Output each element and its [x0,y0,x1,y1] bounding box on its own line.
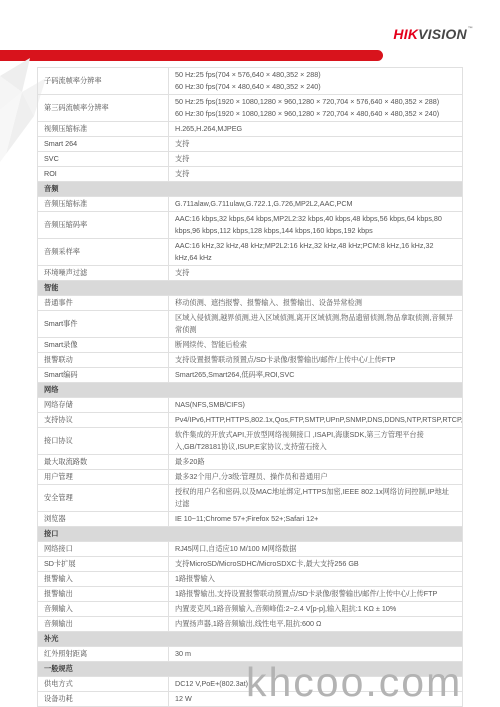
section-header-label: 接口 [38,527,463,542]
section-header-label: 智能 [38,281,463,296]
section-header-label: 音频 [38,182,463,197]
spec-value: 支持设置报警联动预置点/SD卡录像/报警输出/邮件/上传中心/上传FTP [169,353,463,368]
spec-label: SD卡扩展 [38,557,169,572]
spec-row: SVC支持 [38,152,463,167]
spec-value: 1路报警输入 [169,572,463,587]
spec-table-body: 子码流帧率分辨率50 Hz:25 fps(704 × 576,640 × 480… [38,68,463,707]
spec-label: 音频采样率 [38,239,169,266]
spec-label: 安全管理 [38,485,169,512]
spec-row: Smart 264支持 [38,137,463,152]
spec-label: ROI [38,167,169,182]
logo-hik-text: HIK [393,26,418,42]
section-header-row: 智能 [38,281,463,296]
spec-value: 授权的用户名和密码,以及MAC地址绑定,HTTPS加密,IEEE 802.1x网… [169,485,463,512]
spec-row: 音频采样率AAC:16 kHz,32 kHz,48 kHz;MP2L2:16 k… [38,239,463,266]
spec-value: 内置扬声器,1路音频输出,线性电平,阻抗:600 Ω [169,617,463,632]
spec-row: 音频压缩标准G.711alaw,G.711ulaw,G.722.1,G.726,… [38,197,463,212]
spec-value: 支持 [169,152,463,167]
hikvision-logo: HIKVISION™ [393,26,473,42]
section-header-row: 补光 [38,632,463,647]
spec-value: Pv4/IPv6,HTTP,HTTPS,802.1x,Qos,FTP,SMTP,… [169,413,463,428]
spec-value: NAS(NFS,SMB/CIFS) [169,398,463,413]
spec-value: Smart265,Smart264,低码率,ROI,SVC [169,368,463,383]
spec-row: 报警联动支持设置报警联动预置点/SD卡录像/报警输出/邮件/上传中心/上传FTP [38,353,463,368]
section-header-row: 网络 [38,383,463,398]
section-header-row: 接口 [38,527,463,542]
spec-row: Smart事件区域入侵侦测,越界侦测,进入区域侦测,离开区域侦测,物品遗留侦测,… [38,311,463,338]
spec-row: 浏览器IE 10~11;Chrome 57+;Firefox 52+;Safar… [38,512,463,527]
spec-label: 音频输入 [38,602,169,617]
spec-row: 最大取流路数最多20路 [38,455,463,470]
spec-label: 供电方式 [38,677,169,692]
spec-label: 设备功耗 [38,692,169,707]
spec-value: AAC:16 kHz,32 kHz,48 kHz;MP2L2:16 kHz,32… [169,239,463,266]
spec-label: 红外照射距离 [38,647,169,662]
spec-label: 接口协议 [38,428,169,455]
spec-label: Smart 264 [38,137,169,152]
spec-row: SD卡扩展支持MicroSD/MicroSDHC/MicroSDXC卡,最大支持… [38,557,463,572]
spec-value: 支持 [169,167,463,182]
spec-value: 支持 [169,137,463,152]
spec-value: RJ45网口,自适应10 M/100 M网络数据 [169,542,463,557]
spec-row: 接口协议软件集成的开放式API,开放型网络视频接口 ,ISAPI,海康SDK,第… [38,428,463,455]
spec-row: 子码流帧率分辨率50 Hz:25 fps(704 × 576,640 × 480… [38,68,463,95]
spec-row: Smart录像断网续传、智能后检索 [38,338,463,353]
spec-value: AAC:16 kbps,32 kbps,64 kbps,MP2L2:32 kbp… [169,212,463,239]
spec-row: 音频压缩码率AAC:16 kbps,32 kbps,64 kbps,MP2L2:… [38,212,463,239]
spec-value: 最多20路 [169,455,463,470]
spec-value: 软件集成的开放式API,开放型网络视频接口 ,ISAPI,海康SDK,第三方管理… [169,428,463,455]
spec-label: 报警联动 [38,353,169,368]
spec-row: 报警输入1路报警输入 [38,572,463,587]
red-accent-bar [0,50,383,61]
spec-label: 网络存储 [38,398,169,413]
spec-row: ROI支持 [38,167,463,182]
spec-label: 网络接口 [38,542,169,557]
section-header-label: 补光 [38,632,463,647]
spec-label: 视频压缩标准 [38,122,169,137]
section-header-row: 音频 [38,182,463,197]
spec-row: 支持协议Pv4/IPv6,HTTP,HTTPS,802.1x,Qos,FTP,S… [38,413,463,428]
spec-value: 移动侦测、遮挡报警、报警输入、报警输出、设备异常检测 [169,296,463,311]
spec-value: 50 Hz:25 fps(704 × 576,640 × 480,352 × 2… [169,68,463,95]
spec-row: 视频压缩标准H.265,H.264,MJPEG [38,122,463,137]
spec-row: 音频输出内置扬声器,1路音频输出,线性电平,阻抗:600 Ω [38,617,463,632]
spec-label: 用户管理 [38,470,169,485]
spec-label: 最大取流路数 [38,455,169,470]
spec-value: 区域入侵侦测,越界侦测,进入区域侦测,离开区域侦测,物品遗留侦测,物品拿取侦测,… [169,311,463,338]
logo-vision-text: VISION [418,26,467,42]
spec-label: 音频压缩码率 [38,212,169,239]
spec-table: 子码流帧率分辨率50 Hz:25 fps(704 × 576,640 × 480… [37,67,463,707]
spec-label: 普通事件 [38,296,169,311]
spec-row: 用户管理最多32个用户,分3级:管理员、操作员和普通用户 [38,470,463,485]
spec-label: 子码流帧率分辨率 [38,68,169,95]
spec-sheet: 子码流帧率分辨率50 Hz:25 fps(704 × 576,640 × 480… [37,67,463,707]
spec-value: G.711alaw,G.711ulaw,G.722.1,G.726,MP2L2,… [169,197,463,212]
spec-row: 网络存储NAS(NFS,SMB/CIFS) [38,398,463,413]
spec-label: Smart录像 [38,338,169,353]
spec-row: 安全管理授权的用户名和密码,以及MAC地址绑定,HTTPS加密,IEEE 802… [38,485,463,512]
spec-label: 音频输出 [38,617,169,632]
spec-value: H.265,H.264,MJPEG [169,122,463,137]
spec-row: 网络接口RJ45网口,自适应10 M/100 M网络数据 [38,542,463,557]
spec-value: 1路报警输出,支持设置报警联动预置点/SD卡录像/报警输出/邮件/上传中心/上传… [169,587,463,602]
spec-row: 音频输入内置麦克风,1路音频输入,音频峰值:2~2.4 V[p-p],输入阻抗:… [38,602,463,617]
spec-value: 50 Hz:25 fps(1920 × 1080,1280 × 960,1280… [169,95,463,122]
spec-label: 第三码流帧率分辨率 [38,95,169,122]
spec-label: 音频压缩标准 [38,197,169,212]
spec-label: 报警输入 [38,572,169,587]
spec-label: 浏览器 [38,512,169,527]
spec-label: 报警输出 [38,587,169,602]
section-header-label: 网络 [38,383,463,398]
spec-value: 最多32个用户,分3级:管理员、操作员和普通用户 [169,470,463,485]
spec-label: Smart事件 [38,311,169,338]
spec-row: Smart编码Smart265,Smart264,低码率,ROI,SVC [38,368,463,383]
spec-label: 环境噪声过滤 [38,266,169,281]
spec-value: 断网续传、智能后检索 [169,338,463,353]
site-watermark: khcoo.com [246,659,462,706]
spec-label: Smart编码 [38,368,169,383]
spec-value: 内置麦克风,1路音频输入,音频峰值:2~2.4 V[p-p],输入阻抗:1 KΩ… [169,602,463,617]
spec-row: 环境噪声过滤支持 [38,266,463,281]
spec-row: 报警输出1路报警输出,支持设置报警联动预置点/SD卡录像/报警输出/邮件/上传中… [38,587,463,602]
spec-value: 支持MicroSD/MicroSDHC/MicroSDXC卡,最大支持256 G… [169,557,463,572]
spec-row: 普通事件移动侦测、遮挡报警、报警输入、报警输出、设备异常检测 [38,296,463,311]
spec-row: 第三码流帧率分辨率50 Hz:25 fps(1920 × 1080,1280 ×… [38,95,463,122]
spec-label: SVC [38,152,169,167]
spec-value: IE 10~11;Chrome 57+;Firefox 52+;Safari 1… [169,512,463,527]
spec-value: 支持 [169,266,463,281]
spec-label: 支持协议 [38,413,169,428]
trademark-icon: ™ [468,26,473,32]
